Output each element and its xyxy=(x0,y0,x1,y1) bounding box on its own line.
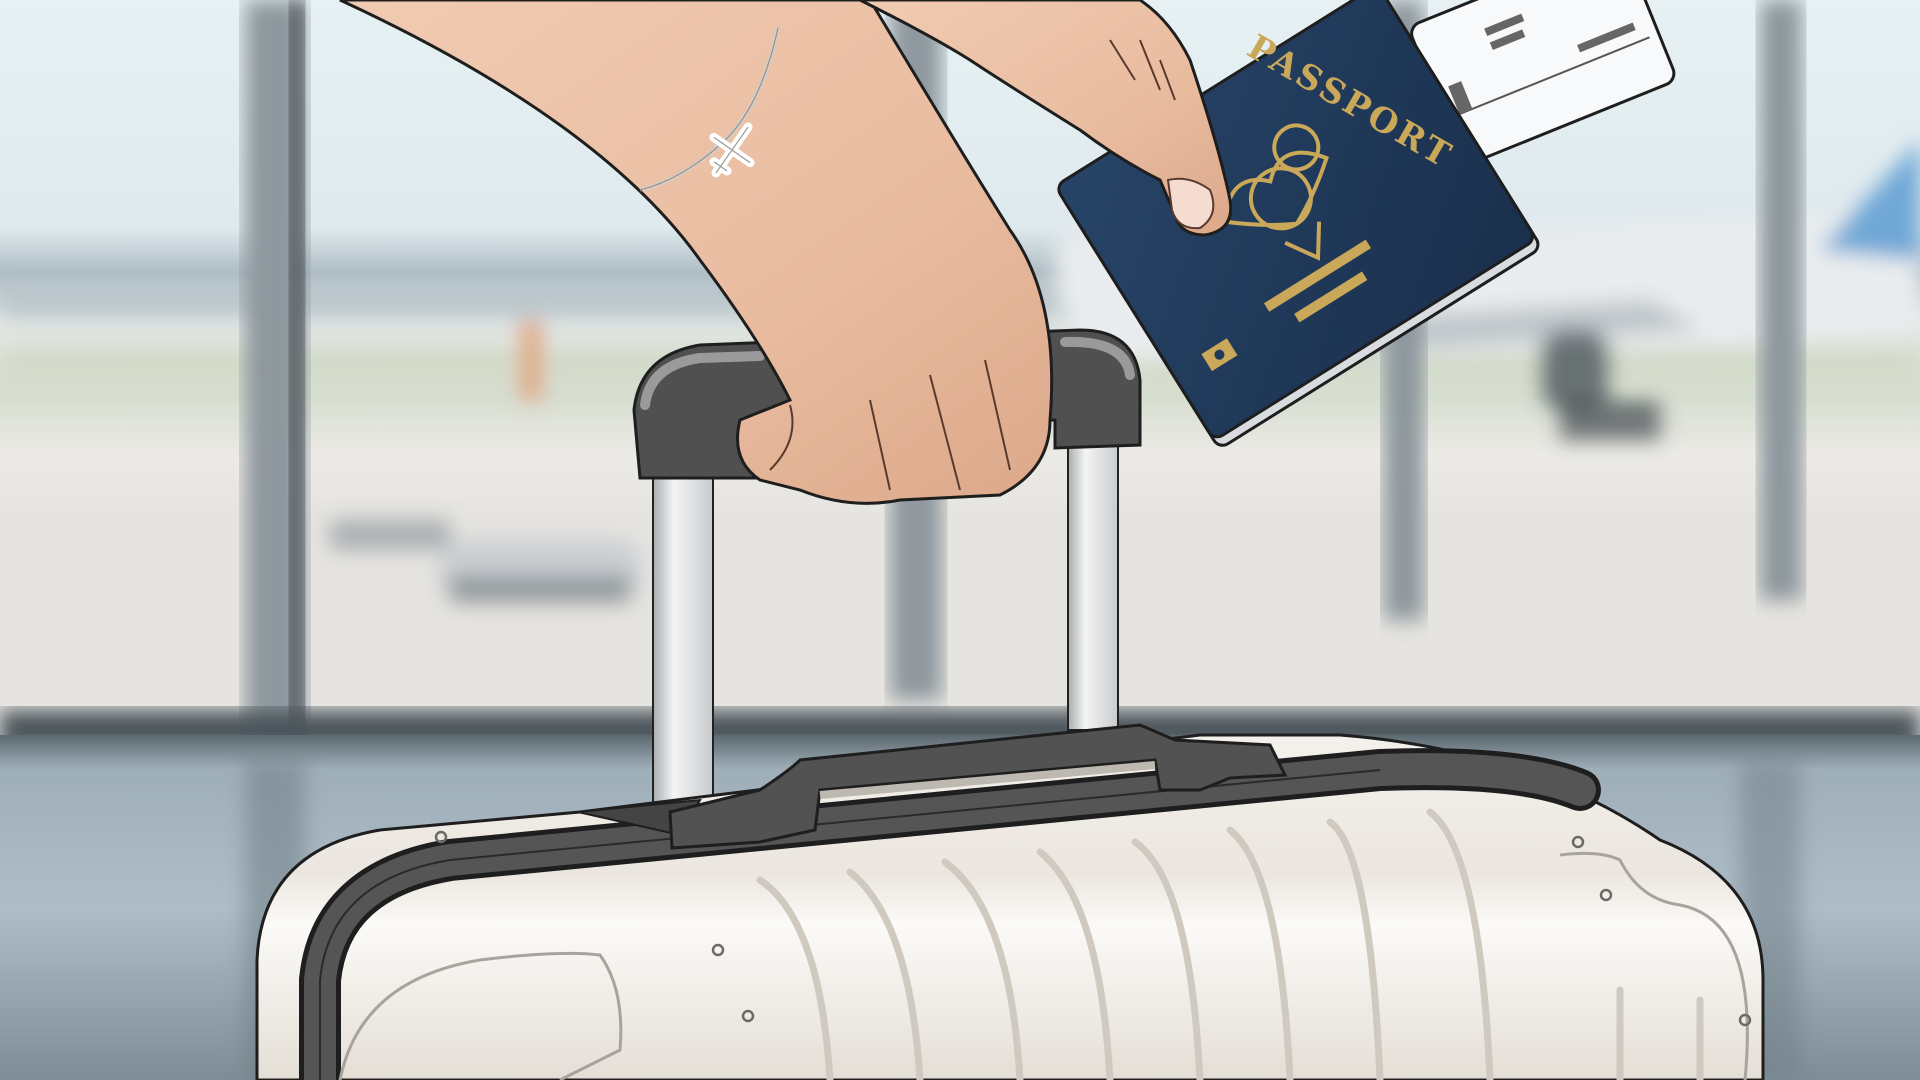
airplane-engine xyxy=(1540,330,1610,410)
illustration-canvas: PASSPORT xyxy=(0,0,1920,1080)
traffic-cone xyxy=(520,320,542,400)
trolley-pole-right xyxy=(1068,440,1118,730)
trolley-pole-left xyxy=(653,470,713,820)
